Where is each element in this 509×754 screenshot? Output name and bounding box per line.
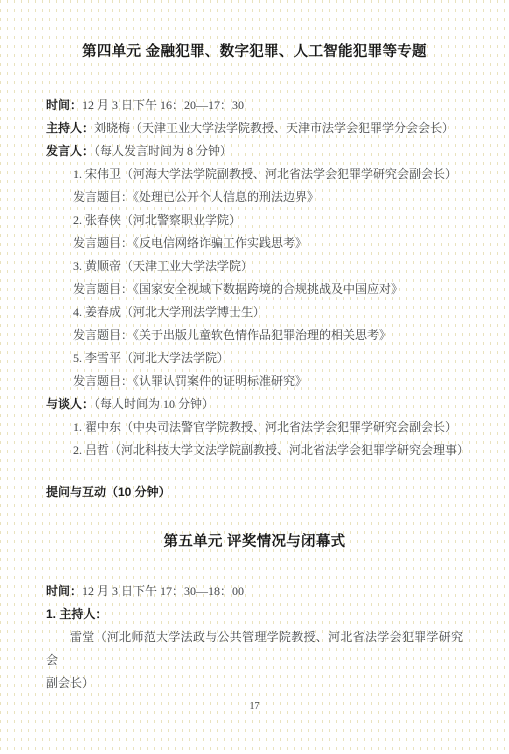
unit4-host-line: 主持人：刘晓梅（天津工业大学法学院教授、天津市法学会犯罪学分会会长）: [46, 117, 463, 140]
discussant: 2. 吕哲（河北科技大学文法学院副教授、河北省法学会犯罪学研究会理事）: [46, 439, 463, 462]
speakers-label: 发言人：: [46, 144, 94, 158]
time-label: 时间：: [46, 98, 82, 112]
speaker-topic-line: 发言题目：《反电信网络诈骗工作实践思考》: [46, 232, 463, 255]
unit4-speakers-heading: 发言人：（每人发言时间为 8 分钟）: [46, 140, 463, 163]
speaker-topic: 《反电信网络诈骗工作实践思考》: [133, 236, 307, 250]
speaker-topic-line: 发言题目：《国家安全视域下数据跨境的合规挑战及中国应对》: [46, 278, 463, 301]
unit5-time-line: 时间：12 月 3 日下午 17：30—18：00: [46, 580, 463, 603]
speaker-topic-line: 发言题目：《认罪认罚案件的证明标准研究》: [46, 370, 463, 393]
speaker-topic-line: 发言题目：《处理已公开个人信息的刑法边界》: [46, 186, 463, 209]
topic-label: 发言题目：: [73, 282, 133, 296]
speaker-name: 2. 张春侠（河北警察职业学院）: [46, 209, 463, 232]
document-page: { "colors": { "pattern_dash": "#e9e2bd",…: [0, 0, 509, 754]
speaker-name: 3. 黄顺帝（天津工业大学法学院）: [46, 255, 463, 278]
speaker-topic: 《关于出版儿童软色情作品犯罪治理的相关思考》: [133, 328, 391, 342]
speaker-topic: 《国家安全视域下数据跨境的合规挑战及中国应对》: [133, 282, 403, 296]
time-value: 12 月 3 日下午 16：20—17：30: [82, 98, 244, 112]
speaker-topic-line: 发言题目：《关于出版儿童软色情作品犯罪治理的相关思考》: [46, 324, 463, 347]
unit5-host-heading: 1. 主持人：: [46, 603, 463, 626]
unit4-discussants-heading: 与谈人：（每人时间为 10 分钟）: [46, 393, 463, 416]
speaker-name: 4. 姜春成（河北大学刑法学博士生）: [46, 301, 463, 324]
discussants-label: 与谈人：: [46, 397, 94, 411]
speaker-topic: 《处理已公开个人信息的刑法边界》: [133, 190, 319, 204]
host-value: 刘晓梅（天津工业大学法学院教授、天津市法学会犯罪学分会会长）: [94, 121, 454, 135]
unit4-time-line: 时间：12 月 3 日下午 16：20—17：30: [46, 94, 463, 117]
topic-label: 发言题目：: [73, 236, 133, 250]
agenda-page: 第四单元 金融犯罪、数字犯罪、人工智能犯罪等专题 时间：12 月 3 日下午 1…: [0, 0, 509, 754]
unit5-title: 第五单元 评奖情况与闭幕式: [46, 530, 463, 554]
speaker-name: 5. 李雪平（河北大学法学院）: [46, 347, 463, 370]
topic-label: 发言题目：: [73, 328, 133, 342]
unit4-qa-line: 提问与互动（10 分钟）: [46, 481, 463, 504]
discussants-note: （每人时间为 10 分钟）: [94, 397, 214, 411]
speakers-note: （每人发言时间为 8 分钟）: [94, 144, 232, 158]
unit5-host-line1: 雷堂（河北师范大学法政与公共管理学院教授、河北省法学会犯罪学研究会: [46, 626, 463, 672]
unit5-host-line2: 副会长）: [46, 672, 463, 695]
time-label: 时间：: [46, 584, 82, 598]
discussant: 1. 翟中东（中央司法警官学院教授、河北省法学会犯罪学研究会副会长）: [46, 416, 463, 439]
topic-label: 发言题目：: [73, 190, 133, 204]
topic-label: 发言题目：: [73, 374, 133, 388]
host-label: 主持人：: [46, 121, 94, 135]
page-number: 17: [0, 701, 509, 713]
speaker-name: 1. 宋伟卫（河海大学法学院副教授、河北省法学会犯罪学研究会副会长）: [46, 163, 463, 186]
time-value: 12 月 3 日下午 17：30—18：00: [82, 584, 244, 598]
speaker-topic: 《认罪认罚案件的证明标准研究》: [133, 374, 307, 388]
unit4-title: 第四单元 金融犯罪、数字犯罪、人工智能犯罪等专题: [46, 40, 463, 64]
